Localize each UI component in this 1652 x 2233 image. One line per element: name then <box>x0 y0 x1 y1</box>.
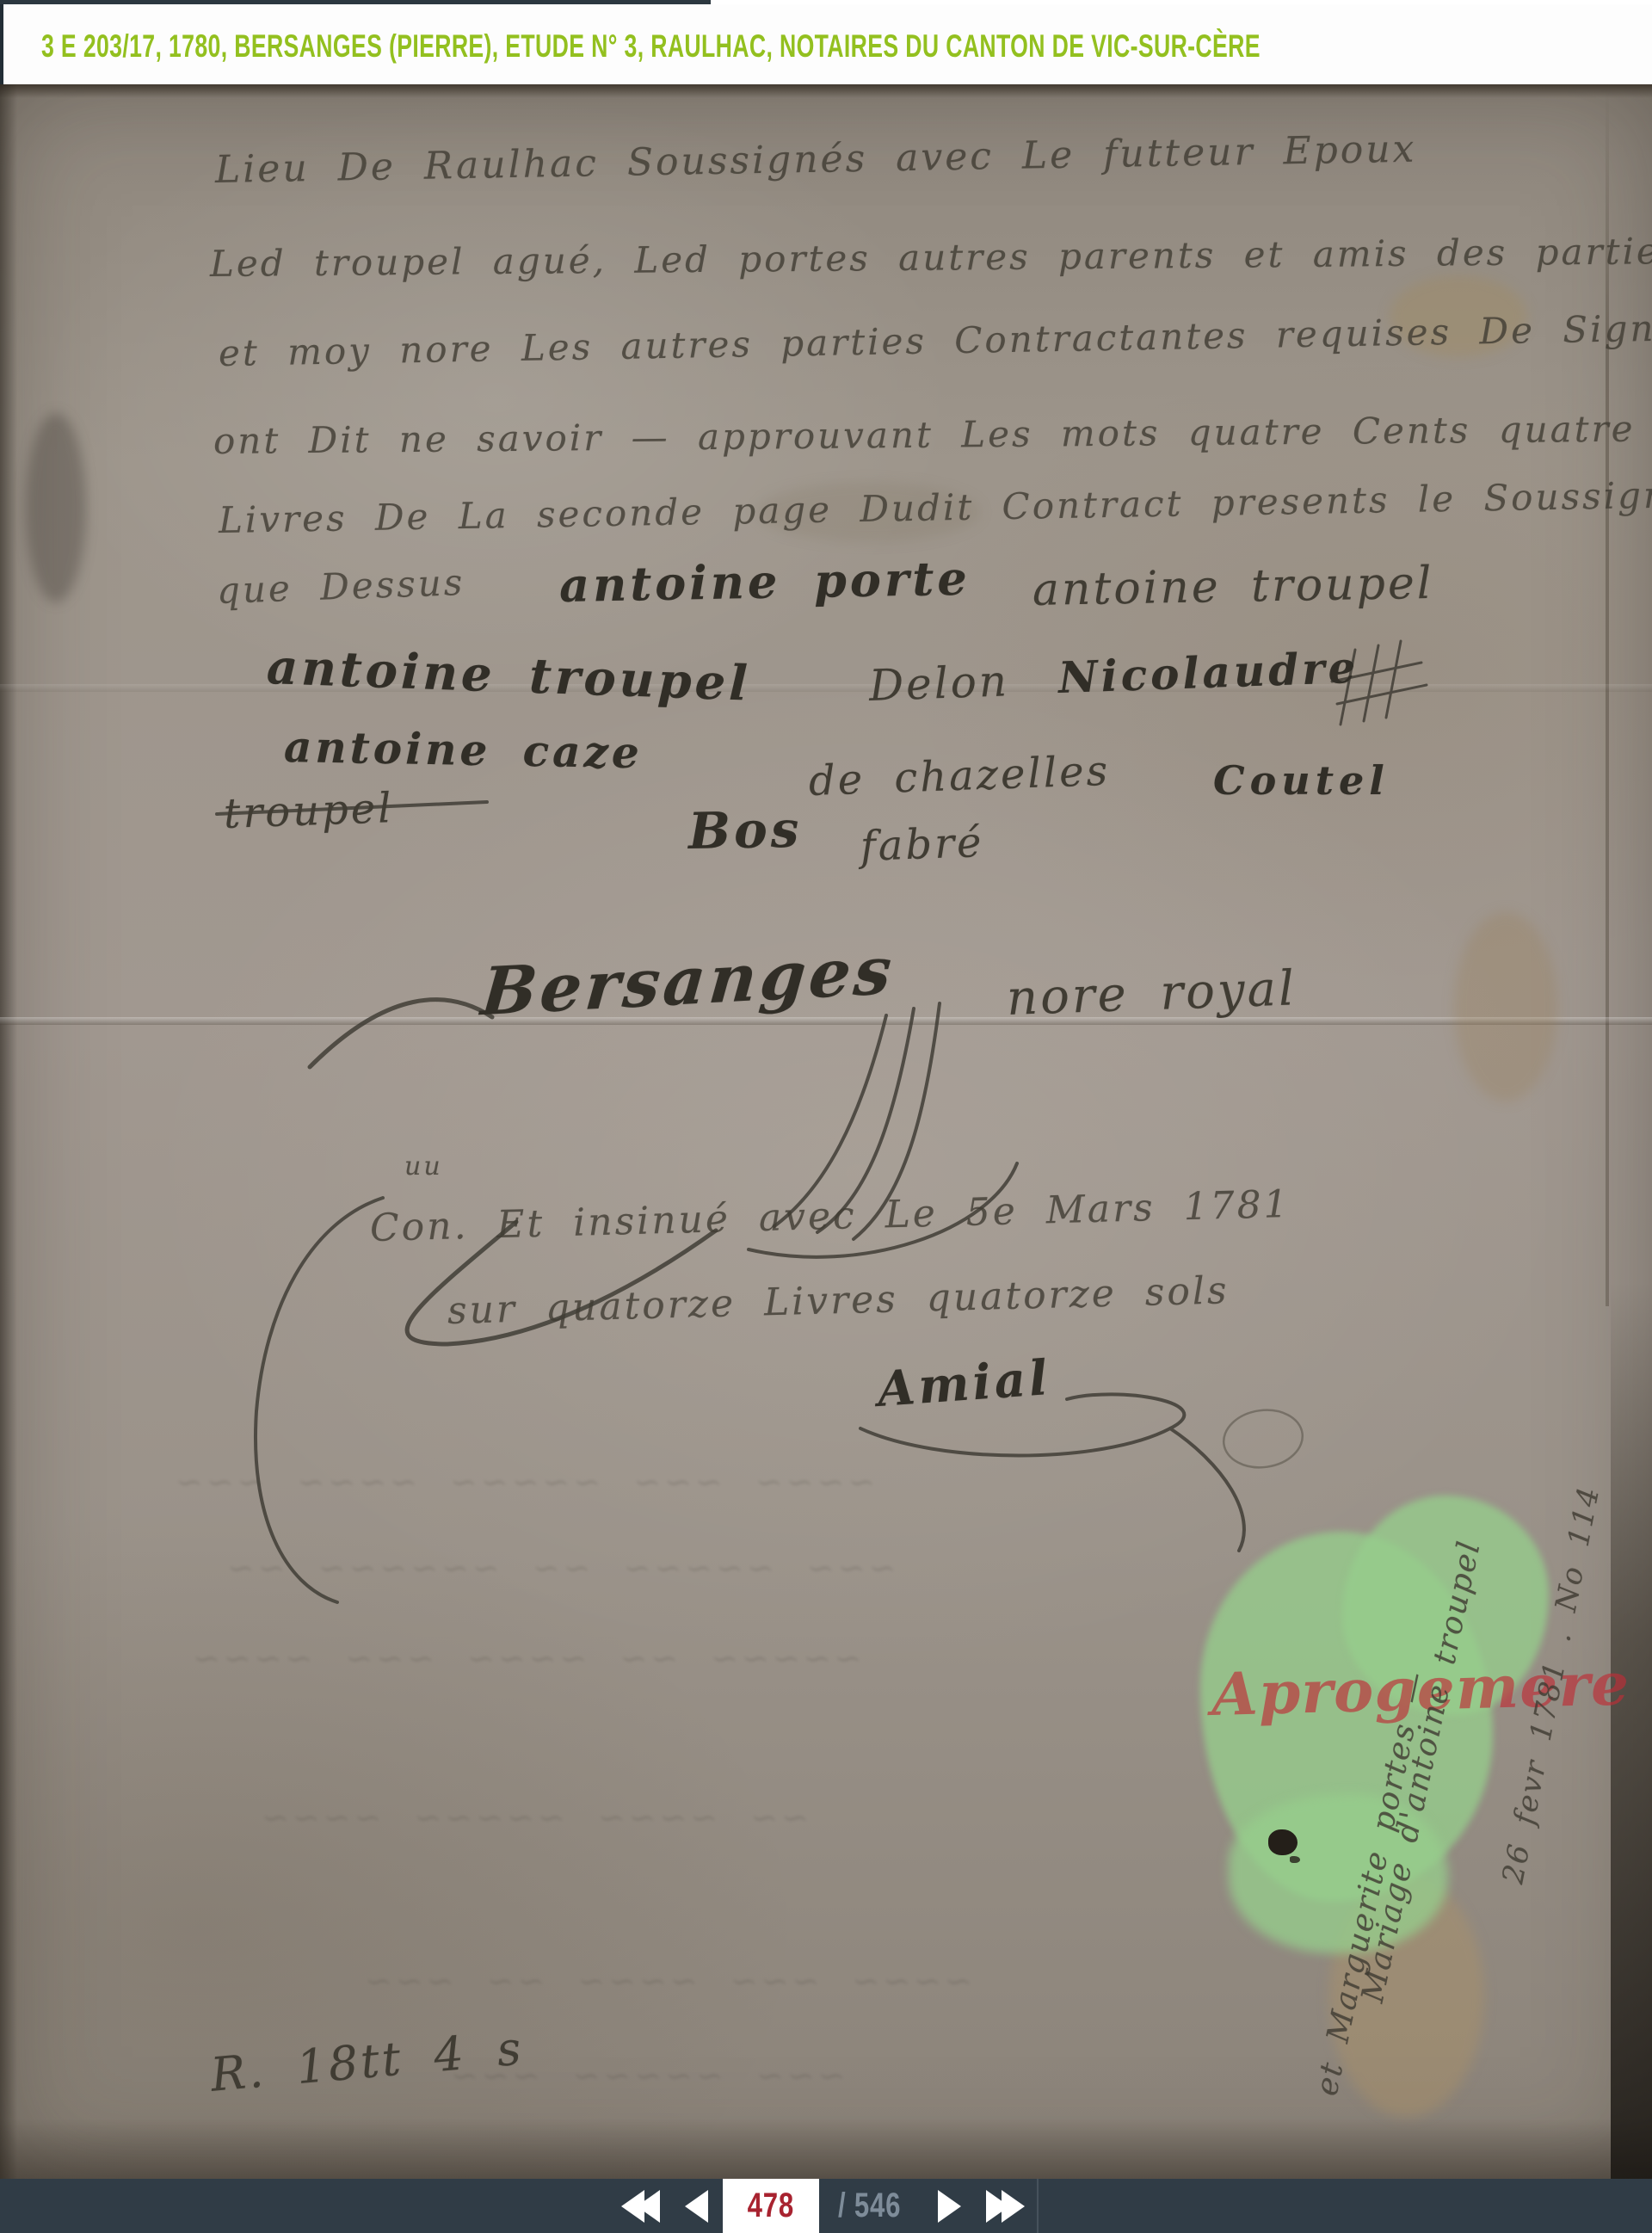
pager-bar <box>0 2179 1652 2233</box>
next-page-button[interactable] <box>938 2179 961 2233</box>
photo-background-edge <box>1611 1282 1652 2179</box>
chevron-left-icon <box>685 2190 708 2223</box>
horizontal-fold-crease <box>0 1017 1652 1025</box>
party-signature: Bos <box>687 800 803 861</box>
party-signature: Delon <box>868 656 1010 711</box>
pager-divider <box>1037 2179 1039 2233</box>
first-page-button[interactable] <box>621 2179 660 2233</box>
verso-showthrough: ~~~~ ~~~ ~~~~~ ~~~~ ~~~ <box>172 1463 875 1501</box>
fast-forward-icon <box>1002 2190 1025 2223</box>
rewind-icon <box>637 2190 660 2223</box>
verso-showthrough: ~~~ ~~~~~ ~~ ~~~~~~ ~~ <box>224 1549 896 1587</box>
catalog-title: 3 E 203/17, 1780, BERSANGES (PIERRE), ET… <box>41 28 1261 65</box>
previous-page-button[interactable] <box>685 2179 708 2233</box>
scan-top-edge <box>0 84 1652 98</box>
verso-showthrough: ~~~~ ~~~ ~~~~ ~~ ~~~ <box>361 1962 972 2000</box>
header-left-border <box>0 4 3 84</box>
page-number-box[interactable]: 478 <box>723 2179 819 2233</box>
ink-blot <box>1268 1829 1298 1855</box>
party-signature: antoine troupel <box>1032 558 1433 616</box>
paper-stain <box>26 413 86 602</box>
party-signature: antoine porte <box>558 551 971 613</box>
chevron-right-icon <box>938 2190 961 2223</box>
scan-bottom-edge <box>0 2119 1652 2179</box>
verso-showthrough: ~~ ~~~~ ~~~~~ ~~~~ <box>258 1798 809 1836</box>
party-signature: Coutel <box>1213 757 1390 804</box>
manuscript-line: que Dessus <box>216 561 465 612</box>
horizontal-fold-crease-faint <box>0 684 1652 692</box>
party-signature: fabré <box>860 818 984 871</box>
verso-showthrough: ~~~~~ ~~ ~~~~ ~~~ ~~~~ <box>189 1639 861 1677</box>
notary-signature-title: nore royal <box>1006 960 1298 1027</box>
controller-signature: Amial <box>876 1349 1053 1418</box>
total-pages-label: / 546 <box>838 2179 901 2233</box>
archive-viewer: { "header": { "catalog_title": "3 E 203/… <box>0 0 1652 2233</box>
party-signature: Nicolaudre <box>1057 642 1359 703</box>
header-bar: 3 E 203/17, 1780, BERSANGES (PIERRE), ET… <box>0 4 1652 84</box>
control-superscript: uu <box>404 1151 443 1181</box>
last-page-button[interactable] <box>986 2179 1025 2233</box>
party-signature: antoine caze <box>283 721 643 778</box>
scan-left-edge <box>0 84 17 2179</box>
party-signature: troupel <box>223 784 394 838</box>
paper-stain <box>1454 912 1557 1101</box>
current-page-number: 478 <box>748 2187 794 2225</box>
